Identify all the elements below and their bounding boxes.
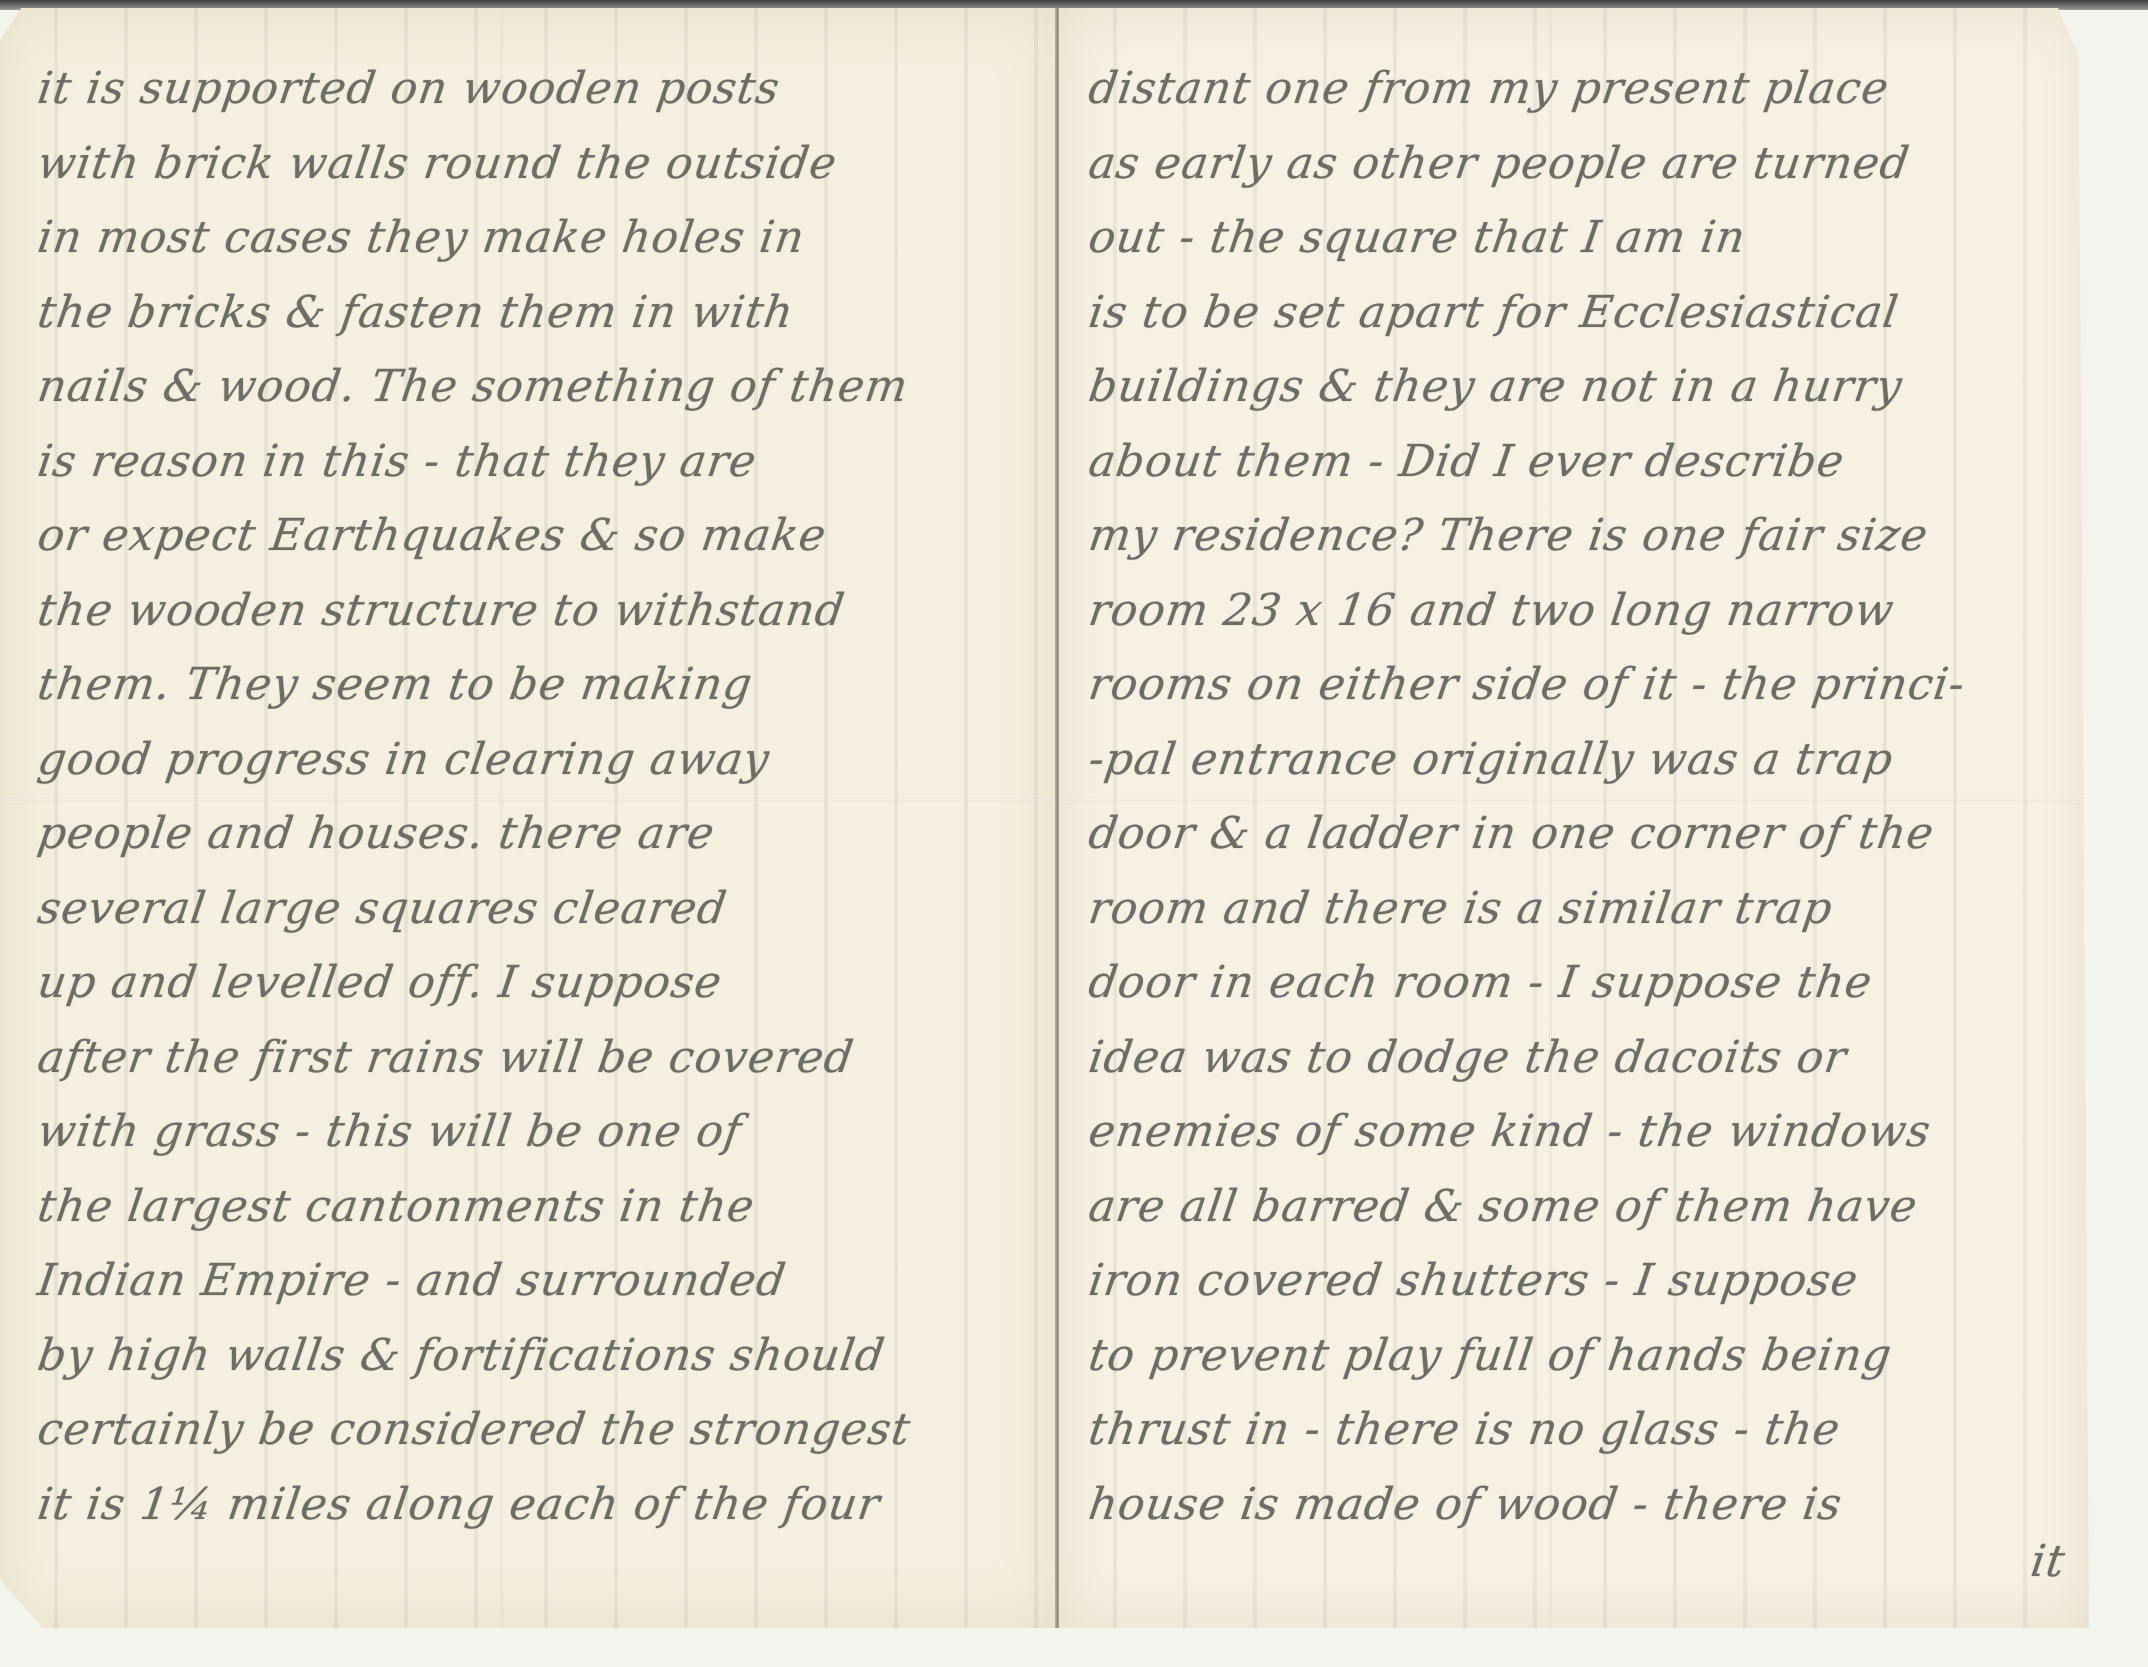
handwritten-line: or expect Earthquakes & so make [33, 499, 1038, 574]
left-page-text: it is supported on wooden posts with bri… [38, 52, 1033, 1542]
handwritten-line: thrust in - there is no glass - the [1084, 1393, 2070, 1468]
handwritten-line: several large squares cleared [33, 872, 1038, 947]
handwritten-line: house is made of wood - there is [1084, 1468, 2070, 1543]
handwritten-line: distant one from my present place [1084, 52, 2070, 127]
handwritten-line: the wooden structure to withstand [33, 574, 1038, 649]
handwritten-line: after the first rains will be covered [33, 1021, 1038, 1096]
handwritten-line: iron covered shutters - I suppose [1084, 1244, 2070, 1319]
handwritten-line: door & a ladder in one corner of the [1084, 797, 2070, 872]
handwritten-line: room and there is a similar trap [1084, 872, 2070, 947]
handwritten-line: the largest cantonments in the [33, 1170, 1038, 1245]
handwritten-line: it is 1¼ miles along each of the four [33, 1468, 1038, 1543]
handwritten-line: as early as other people are turned [1084, 127, 2070, 202]
handwritten-line: is reason in this - that they are [33, 425, 1038, 500]
letter-page-right: distant one from my present place as ear… [1059, 8, 2089, 1628]
handwritten-line: my residence? There is one fair size [1084, 499, 2070, 574]
handwritten-line: to prevent play full of hands being [1084, 1319, 2070, 1394]
handwritten-line: in most cases they make holes in [33, 201, 1038, 276]
handwritten-line: are all barred & some of them have [1084, 1170, 2070, 1245]
handwritten-line: the bricks & fasten them in with [33, 276, 1038, 351]
handwritten-line: is to be set apart for Ecclesiastical [1084, 276, 2070, 351]
right-page-text: distant one from my present place as ear… [1089, 52, 2065, 1582]
handwritten-line: nails & wood. The something of them [33, 350, 1038, 425]
handwritten-line: rooms on either side of it - the princi- [1084, 648, 2070, 723]
handwritten-line: up and levelled off. I suppose [33, 946, 1038, 1021]
handwritten-line: people and houses. there are [33, 797, 1038, 872]
handwritten-line: enemies of some kind - the windows [1084, 1095, 2070, 1170]
handwritten-line: with grass - this will be one of [33, 1095, 1038, 1170]
letter-page-left: it is supported on wooden posts with bri… [0, 8, 1057, 1628]
handwritten-line: Indian Empire - and surrounded [33, 1244, 1038, 1319]
handwritten-line: about them - Did I ever describe [1084, 425, 2070, 500]
handwritten-line: it is supported on wooden posts [33, 52, 1038, 127]
handwritten-line: door in each room - I suppose the [1084, 946, 2070, 1021]
handwritten-line: with brick walls round the outside [33, 127, 1038, 202]
handwritten-line: good progress in clearing away [33, 723, 1038, 798]
handwritten-line: by high walls & fortifications should [33, 1319, 1038, 1394]
handwritten-line: it [1086, 1542, 2068, 1582]
handwritten-line: idea was to dodge the dacoits or [1084, 1021, 2070, 1096]
handwritten-line: buildings & they are not in a hurry [1084, 350, 2070, 425]
handwritten-line: out - the square that I am in [1084, 201, 2070, 276]
handwritten-line: room 23 x 16 and two long narrow [1084, 574, 2070, 649]
handwritten-line: certainly be considered the strongest [33, 1393, 1038, 1468]
handwritten-line: them. They seem to be making [33, 648, 1038, 723]
handwritten-line: -pal entrance originally was a trap [1084, 723, 2070, 798]
